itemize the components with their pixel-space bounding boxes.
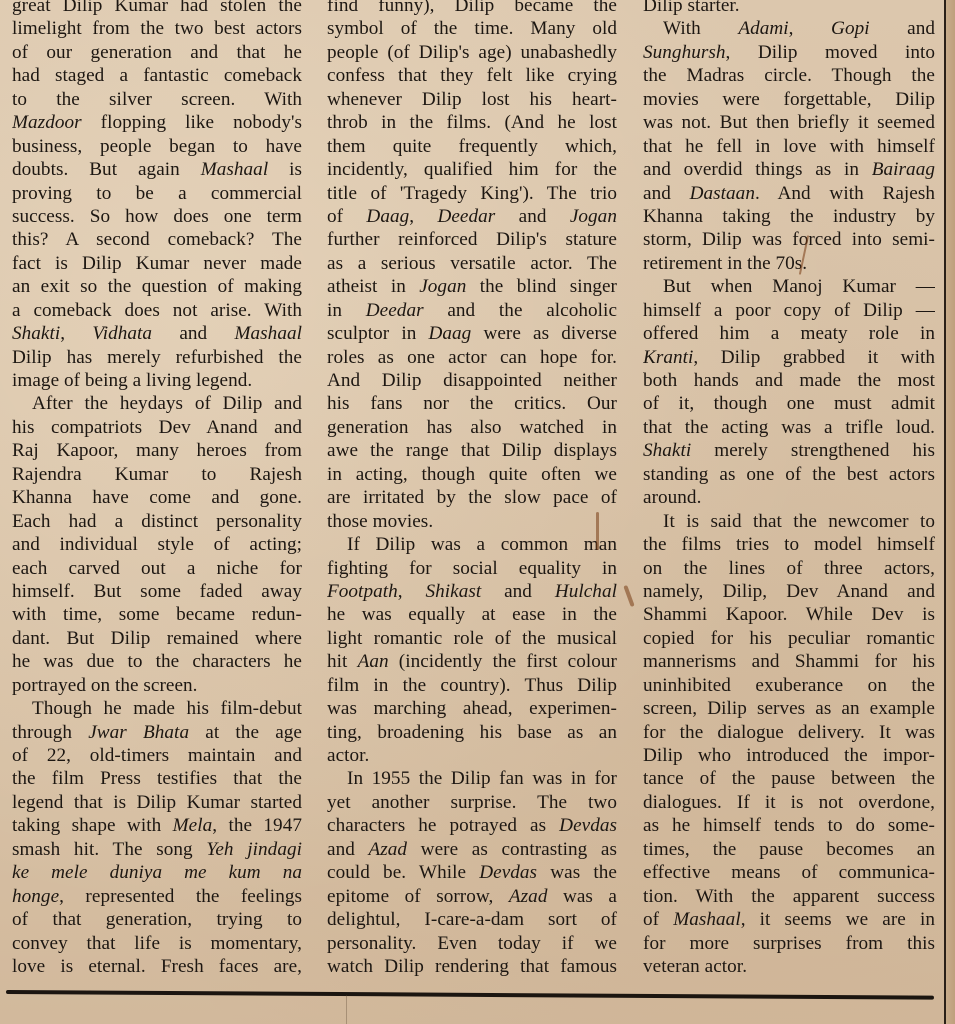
text-line: times, the pause becomes an bbox=[643, 838, 935, 861]
text-line: further reinforced Dilip's stature bbox=[327, 228, 617, 251]
text-line: sculptor in Daag were as diverse bbox=[327, 322, 617, 345]
text-line: convey that life is momentary, bbox=[12, 932, 302, 955]
text-line: was not. But then briefly it seemed bbox=[643, 111, 935, 134]
text-line: the film Press testifies that the bbox=[12, 767, 302, 790]
text-line: those movies. bbox=[327, 510, 617, 533]
film-title: ke mele duniya me kum na bbox=[12, 862, 302, 883]
text-line: Though he made his film-debut bbox=[12, 697, 302, 720]
text-line: If Dilip was a common man bbox=[327, 533, 617, 556]
article-column-middle: find funny), Dilip became thesymbol of t… bbox=[327, 0, 617, 978]
film-title: Bairaag bbox=[872, 159, 935, 180]
text-line: Each had a distinct personality bbox=[12, 510, 302, 533]
text-line: Khanna have come and gone. bbox=[12, 486, 302, 509]
text-line: Dilip starter. bbox=[643, 0, 935, 17]
text-line: title of 'Tragedy King'). The trio bbox=[327, 182, 617, 205]
text-line: and Azad were as contrasting as bbox=[327, 838, 617, 861]
film-title: Daag bbox=[366, 206, 409, 227]
text-line: find funny), Dilip became the bbox=[327, 0, 617, 17]
text-line: dant. But Dilip remained where bbox=[12, 627, 302, 650]
text-line: his compatriots Dev Anand and bbox=[12, 416, 302, 439]
text-line: effective means of communica- bbox=[643, 861, 935, 884]
text-line: of Daag, Deedar and Jogan bbox=[327, 205, 617, 228]
text-line: people (of Dilip's age) unabashedly bbox=[327, 41, 617, 64]
text-line: that the acting was a trifle loud. bbox=[643, 416, 935, 439]
text-line: portrayed on the screen. bbox=[12, 674, 302, 697]
bottom-rule-divider bbox=[6, 990, 934, 1000]
film-title: Deedar bbox=[437, 206, 495, 227]
text-line: mannerisms and Shammi for his bbox=[643, 650, 935, 673]
text-line: on the lines of three actors, bbox=[643, 557, 935, 580]
text-line: It is said that the newcomer to bbox=[643, 510, 935, 533]
article-column-right: Dilip starter.With Adami, Gopi andSunghu… bbox=[643, 0, 935, 978]
text-line: offered him a meaty role in bbox=[643, 322, 935, 345]
text-line: and overdid things as in Bairaag bbox=[643, 158, 935, 181]
film-title: Mashaal bbox=[234, 323, 302, 344]
text-line: Dilip has merely refurbished the bbox=[12, 346, 302, 369]
text-line: in Deedar and the alcoholic bbox=[327, 299, 617, 322]
text-line: his fans nor the critics. Our bbox=[327, 392, 617, 415]
text-line: around. bbox=[643, 486, 935, 509]
text-line: doubts. But again Mashaal is bbox=[12, 158, 302, 181]
text-line: great Dilip Kumar had stolen the bbox=[12, 0, 302, 17]
text-line: business, people began to have bbox=[12, 135, 302, 158]
film-title: Hulchal bbox=[555, 581, 617, 602]
text-line: Rajendra Kumar to Rajesh bbox=[12, 463, 302, 486]
text-line: the films tries to model himself bbox=[643, 533, 935, 556]
text-line: screen, Dilip serves as an example bbox=[643, 697, 935, 720]
film-title: Mashaal bbox=[201, 159, 269, 180]
text-line: atheist in Jogan the blind singer bbox=[327, 275, 617, 298]
text-line: namely, Dilip, Dev Anand and bbox=[643, 580, 935, 603]
text-line: And Dilip disappointed neither bbox=[327, 369, 617, 392]
text-line: Mazdoor flopping like nobody's bbox=[12, 111, 302, 134]
text-line: With Adami, Gopi and bbox=[643, 17, 935, 40]
film-title: Azad bbox=[509, 886, 548, 907]
text-line: legend that is Dilip Kumar started bbox=[12, 791, 302, 814]
text-line: love is eternal. Fresh faces are, bbox=[12, 955, 302, 978]
film-title: Yeh jindagi bbox=[206, 839, 302, 860]
text-line: incidently, qualified him for the bbox=[327, 158, 617, 181]
text-line: characters he potrayed as Devdas bbox=[327, 814, 617, 837]
text-line: Shakti, Vidhata and Mashaal bbox=[12, 322, 302, 345]
text-line: veteran actor. bbox=[643, 955, 935, 978]
text-line: and Dastaan. And with Rajesh bbox=[643, 182, 935, 205]
article-column-left: great Dilip Kumar had stolen thelimeligh… bbox=[12, 0, 302, 978]
adjacent-page-edge bbox=[946, 0, 955, 1024]
text-line: them quite frequently which, bbox=[327, 135, 617, 158]
film-title: Gopi bbox=[831, 18, 870, 39]
text-line: Shakti merely strengthened his bbox=[643, 439, 935, 462]
text-line: actor. bbox=[327, 744, 617, 767]
text-line: image of being a living legend. bbox=[12, 369, 302, 392]
text-line: with time, some became redun- bbox=[12, 603, 302, 626]
text-line: taking shape with Mela, the 1947 bbox=[12, 814, 302, 837]
text-line: copied for his peculiar romantic bbox=[643, 627, 935, 650]
film-title: Shakti bbox=[643, 440, 691, 461]
film-title: Devdas bbox=[559, 815, 617, 836]
film-title: Deedar bbox=[366, 300, 424, 321]
text-line: epitome of sorrow, Azad was a bbox=[327, 885, 617, 908]
text-line: both hands and made the most bbox=[643, 369, 935, 392]
text-line: But when Manoj Kumar — bbox=[643, 275, 935, 298]
text-line: Raj Kapoor, many heroes from bbox=[12, 439, 302, 462]
text-line: proving to be a commercial bbox=[12, 182, 302, 205]
text-line: roles as one actor can hope for. bbox=[327, 346, 617, 369]
text-line: that he fell in love with himself bbox=[643, 135, 935, 158]
text-line: uninhibited exuberance on the bbox=[643, 674, 935, 697]
text-line: and individual style of acting; bbox=[12, 533, 302, 556]
text-line: limelight from the two best actors bbox=[12, 17, 302, 40]
film-title: Shakti bbox=[12, 323, 60, 344]
film-title: Aan bbox=[358, 651, 389, 672]
text-line: fighting for social equality in bbox=[327, 557, 617, 580]
text-line: of Mashaal, it seems we are in bbox=[643, 908, 935, 931]
film-title: Jwar Bhata bbox=[88, 722, 189, 743]
text-line: awe the range that Dilip displays bbox=[327, 439, 617, 462]
text-line: had staged a fantastic comeback bbox=[12, 64, 302, 87]
film-title: Adami bbox=[738, 18, 788, 39]
text-line: dialogues. If it is not overdone, bbox=[643, 791, 935, 814]
text-line: a comeback does not arise. With bbox=[12, 299, 302, 322]
text-line: throb in the films. (And he lost bbox=[327, 111, 617, 134]
text-line: tance of the pause between the bbox=[643, 767, 935, 790]
text-line: this? A second comeback? The bbox=[12, 228, 302, 251]
text-line: film in the country). Thus Dilip bbox=[327, 674, 617, 697]
text-line: yet another surprise. The two bbox=[327, 791, 617, 814]
text-line: Dilip who introduced the impor- bbox=[643, 744, 935, 767]
ink-stain-mark bbox=[623, 585, 634, 607]
text-line: of it, though one must admit bbox=[643, 392, 935, 415]
film-title: honge bbox=[12, 886, 59, 907]
film-title: Sunghursh bbox=[643, 42, 726, 63]
film-title: Mashaal bbox=[673, 909, 741, 930]
text-line: generation has also watched in bbox=[327, 416, 617, 439]
text-line: honge, represented the feelings bbox=[12, 885, 302, 908]
paper-fold-line bbox=[346, 995, 347, 1024]
text-line: In 1955 the Dilip fan was in for bbox=[327, 767, 617, 790]
text-line: delightul, I-care-a-dam sort of bbox=[327, 908, 617, 931]
text-line: Shammi Kapoor. While Dev is bbox=[643, 603, 935, 626]
text-line: of our generation and that he bbox=[12, 41, 302, 64]
text-line: himself. But some faded away bbox=[12, 580, 302, 603]
text-line: of that generation, trying to bbox=[12, 908, 302, 931]
film-title: Dastaan bbox=[690, 183, 755, 204]
film-title: Kranti bbox=[643, 347, 693, 368]
text-line: storm, Dilip was forced into semi- bbox=[643, 228, 935, 251]
text-line: ting, broadening his base as an bbox=[327, 721, 617, 744]
text-line: for more surprises from this bbox=[643, 932, 935, 955]
film-title: Jogan bbox=[419, 276, 466, 297]
text-line: as a serious versatile actor. The bbox=[327, 252, 617, 275]
film-title: Footpath bbox=[327, 581, 398, 602]
text-line: personality. Even today if we bbox=[327, 932, 617, 955]
text-line: success. So how does one term bbox=[12, 205, 302, 228]
text-line: retirement in the 70s. bbox=[643, 252, 935, 275]
text-line: movies were forgettable, Dilip bbox=[643, 88, 935, 111]
text-line: hit Aan (incidently the first colour bbox=[327, 650, 617, 673]
film-title: Vidhata bbox=[92, 323, 152, 344]
text-line: standing as one of the best actors bbox=[643, 463, 935, 486]
text-line: was marching ahead, experimen- bbox=[327, 697, 617, 720]
film-title: Azad bbox=[368, 839, 407, 860]
film-title: Jogan bbox=[570, 206, 617, 227]
text-line: After the heydays of Dilip and bbox=[12, 392, 302, 415]
text-line: as he himself tends to do some- bbox=[643, 814, 935, 837]
film-title: Devdas bbox=[479, 862, 537, 883]
text-line: the Madras circle. Though the bbox=[643, 64, 935, 87]
film-title: Mazdoor bbox=[12, 112, 82, 133]
text-line: Footpath, Shikast and Hulchal bbox=[327, 580, 617, 603]
film-title: Shikast bbox=[425, 581, 481, 602]
text-line: of 22, old-timers maintain and bbox=[12, 744, 302, 767]
text-line: he was due to the characters he bbox=[12, 650, 302, 673]
text-line: each carved out a niche for bbox=[12, 557, 302, 580]
text-line: fact is Dilip Kumar never made bbox=[12, 252, 302, 275]
text-line: Kranti, Dilip grabbed it with bbox=[643, 346, 935, 369]
text-line: light romantic role of the musical bbox=[327, 627, 617, 650]
text-line: smash hit. The song Yeh jindagi bbox=[12, 838, 302, 861]
text-line: Khanna taking the industry by bbox=[643, 205, 935, 228]
text-line: are irritated by the slow pace of bbox=[327, 486, 617, 509]
text-line: through Jwar Bhata at the age bbox=[12, 721, 302, 744]
text-line: an exit so the question of making bbox=[12, 275, 302, 298]
text-line: he was equally at ease in the bbox=[327, 603, 617, 626]
ink-stain-mark bbox=[596, 512, 599, 550]
text-line: tion. With the apparent success bbox=[643, 885, 935, 908]
text-line: ke mele duniya me kum na bbox=[12, 861, 302, 884]
text-line: in acting, though quite often we bbox=[327, 463, 617, 486]
text-line: himself a poor copy of Dilip — bbox=[643, 299, 935, 322]
text-line: confess that they felt like crying bbox=[327, 64, 617, 87]
text-line: for the dialogue delivery. It was bbox=[643, 721, 935, 744]
text-line: whenever Dilip lost his heart- bbox=[327, 88, 617, 111]
film-title: Daag bbox=[428, 323, 471, 344]
text-line: watch Dilip rendering that famous bbox=[327, 955, 617, 978]
text-line: Sunghursh, Dilip moved into bbox=[643, 41, 935, 64]
text-line: to the silver screen. With bbox=[12, 88, 302, 111]
text-line: could be. While Devdas was the bbox=[327, 861, 617, 884]
film-title: Mela bbox=[173, 815, 213, 836]
text-line: symbol of the time. Many old bbox=[327, 17, 617, 40]
